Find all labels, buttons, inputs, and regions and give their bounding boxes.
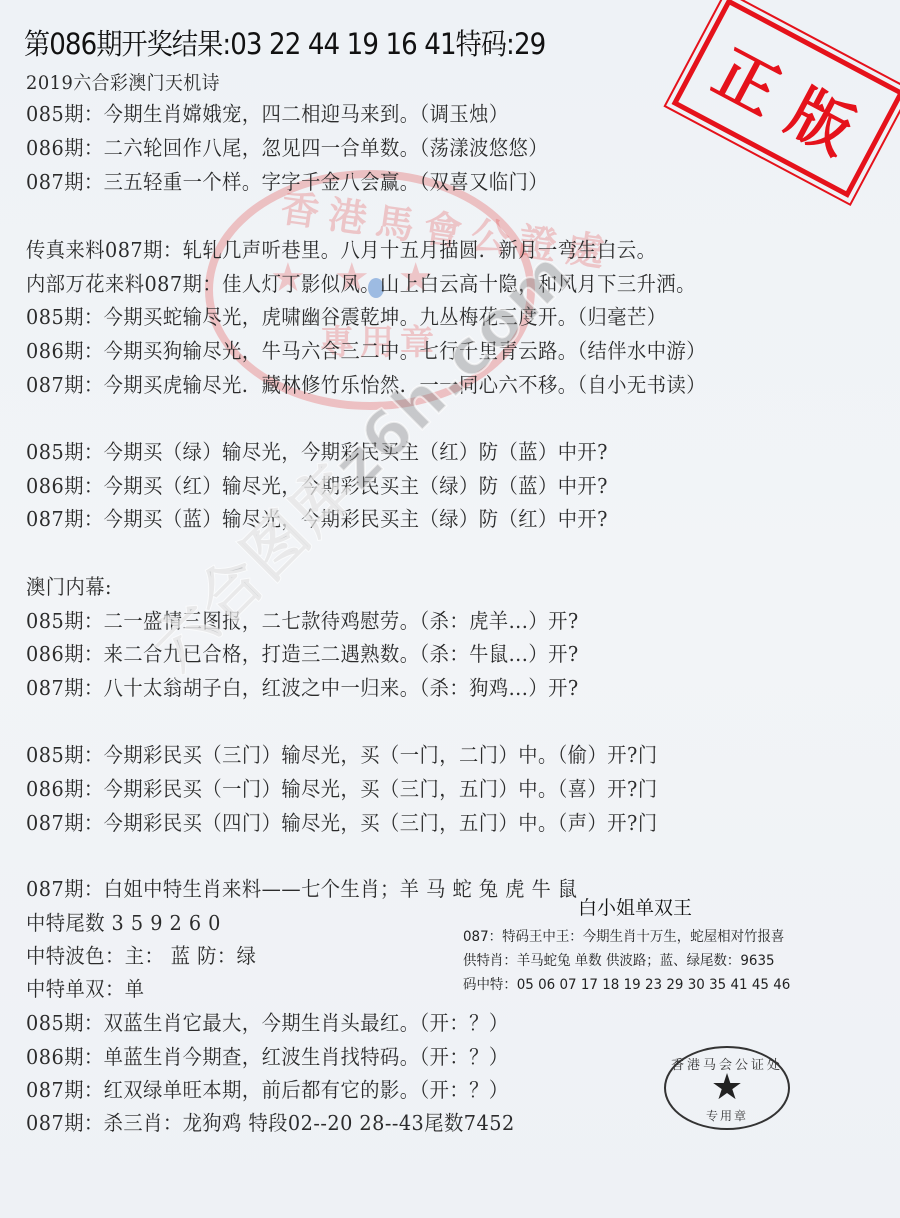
- odd-even: 中特单双：单: [26, 972, 144, 1002]
- star-icon: ★: [666, 1070, 788, 1106]
- bai-box-title: 白小姐单双王: [578, 893, 692, 920]
- door-line: 086期：今期彩民买（一门）输尽光，买（三门，五门）中。（喜）开?门: [26, 772, 658, 802]
- door-line: 087期：今期彩民买（四门）输尽光，买（三门，五门）中。（声）开?门: [26, 806, 658, 836]
- poem-heading: 2019六合彩澳门天机诗: [26, 68, 220, 95]
- oval-seal-bottom-text: 专用章: [666, 1107, 788, 1124]
- bai-box-line: 087：特码王中王：今期生肖十万生，蛇屋相对竹报喜: [463, 926, 784, 946]
- wave-color: 中特波色：主： 蓝 防：绿: [26, 939, 256, 969]
- final-line: 087期：杀三肖：龙狗鸡 特段02--20 28--43尾数7452: [26, 1106, 515, 1136]
- draw-result-title: 第086期开奖结果:03 22 44 19 16 41特码:29: [24, 22, 545, 63]
- final-line: 085期：双蓝生肖它最大，今期生肖头最红。（开：？）: [26, 1006, 509, 1036]
- inside-line: 087期：八十太翁胡子白，红波之中一归来。（杀：狗鸡...）开?: [26, 671, 579, 701]
- poem-line: 085期：今期生肖嫦娥宠，四二相迎马来到。（调玉烛）: [26, 97, 509, 127]
- zodiac-line: 087期：白姐中特生肖来料——七个生肖；羊 马 蛇 兔 虎 牛 鼠: [26, 872, 578, 902]
- fax-line: 086期：今期买狗输尽光，牛马六合三二中。七行千里青云路。（结伴水中游）: [26, 334, 706, 364]
- door-line: 085期：今期彩民买（三门）输尽光，买（一门，二门）中。（偷）开?门: [26, 738, 658, 768]
- oval-notary-seal: 香港马会公证处 ★ 专用章: [664, 1046, 790, 1130]
- final-line: 086期：单蓝生肖今期查，红波生肖找特码。（开：？）: [26, 1040, 509, 1070]
- inside-line: 086期：来二合九已合格，打造三二遇熟数。（杀：牛鼠...）开?: [26, 637, 579, 667]
- final-line: 087期：红双绿单旺本期，前后都有它的影。（开：？）: [26, 1073, 509, 1103]
- authentic-stamp: 正 版: [672, 0, 900, 198]
- stamp-char: 正: [701, 23, 801, 133]
- fax-line: 内部万花来料087期：佳人灯丁影似凤。山上白云高十隐，和风月下三升洒。: [26, 267, 696, 297]
- bai-box-line: 供特肖：羊马蛇兔 单数 供波路；蓝、绿尾数：9635: [463, 950, 775, 970]
- poem-line: 087期：三五轻重一个样。字字千金八会赢。（双喜又临门）: [26, 165, 548, 195]
- poem-line: 086期：二六轮回作八尾，忽见四一合单数。（荡漾波悠悠）: [26, 131, 548, 161]
- bai-box-line: 码中特：05 06 07 17 18 19 23 29 30 35 41 45 …: [463, 974, 790, 994]
- lottery-document: 香港馬會公證處 ★★★ 專用章 第086期开奖结果:03 22 44 19 16…: [0, 0, 900, 1218]
- inside-heading: 澳门内幕:: [26, 570, 112, 600]
- stamp-char: 版: [775, 63, 875, 173]
- fax-line: 传真来料087期：轧轧几声听巷里。八月十五月描圆．新月一弯生白云。: [26, 233, 656, 263]
- inside-line: 085期：二一盛情三图报，二七款待鸡慰劳。（杀：虎羊...）开?: [26, 604, 579, 634]
- tail-numbers: 中特尾数 3 5 9 2 6 0: [26, 906, 221, 936]
